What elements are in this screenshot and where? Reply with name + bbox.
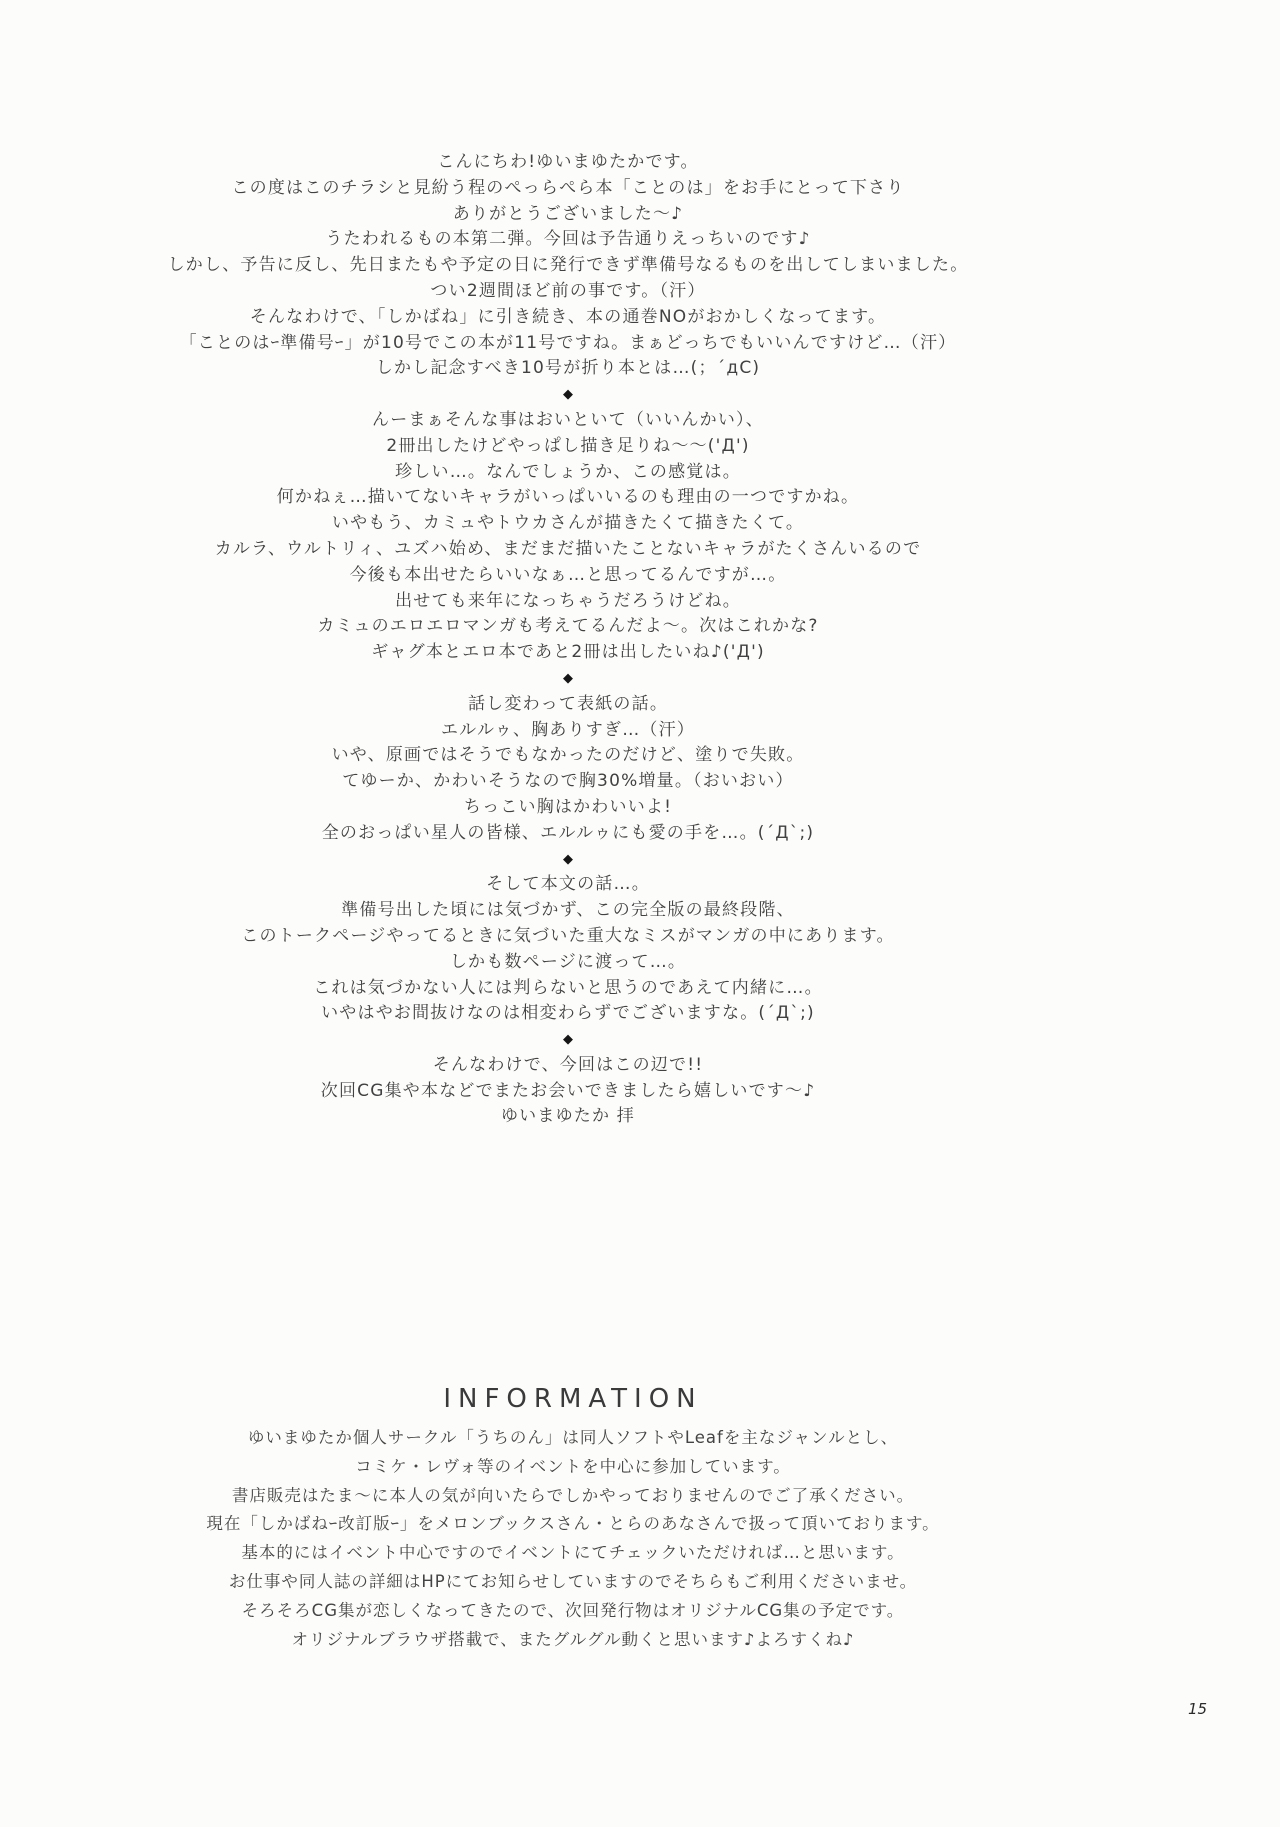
talk-line: ゆいまゆたか 拝	[0, 1104, 1136, 1130]
talk-line: ギャグ本とエロ本であと2冊は出したいね♪('Д')	[0, 640, 1136, 666]
talk-line: しかも数ページに渡って…。	[0, 950, 1136, 976]
information-line: 書店販売はたま〜に本人の気が向いたらでしかやっておりませんのでご了承ください。	[0, 1482, 1146, 1511]
diamond-separator-icon: ◆	[0, 382, 1136, 408]
talk-line: いや、原画ではそうでもなかったのだけど、塗りで失敗。	[0, 743, 1136, 769]
talk-line: こんにちわ!ゆいまゆたかです。	[0, 150, 1136, 176]
information-lines: ゆいまゆたか個人サークル「うちのん」は同人ソフトやLeafを主なジャンルとし、コ…	[0, 1424, 1146, 1654]
talk-line: 全のおっぱい星人の皆様、エルルゥにも愛の手を…。(´Д`;)	[0, 821, 1136, 847]
diamond-separator-icon: ◆	[0, 666, 1136, 692]
talk-line: ありがとうございました〜♪	[0, 202, 1136, 228]
talk-line: 話し変わって表紙の話。	[0, 692, 1136, 718]
information-line: お仕事や同人誌の詳細はHPにてお知らせしていますのでそちらもご利用くださいませ。	[0, 1568, 1146, 1597]
talk-line: うたわれるもの本第二弾。今回は予告通りえっちいのです♪	[0, 227, 1136, 253]
diamond-separator-icon: ◆	[0, 1027, 1136, 1053]
talk-line: つい2週間ほど前の事です。（汗）	[0, 279, 1136, 305]
talk-line: 今後も本出せたらいいなぁ…と思ってるんですが…。	[0, 563, 1136, 589]
diamond-separator-icon: ◆	[0, 847, 1136, 873]
talk-line: 2冊出したけどやっぱし描き足りね〜〜('Д')	[0, 434, 1136, 460]
scanned-afterword-page: こんにちわ!ゆいまゆたかです。この度はこのチラシと見紛う程のぺっらぺら本「ことの…	[0, 0, 1280, 1827]
talk-line: てゆーか、かわいそうなので胸30%増量。（おいおい）	[0, 769, 1136, 795]
talk-line: んーまぁそんな事はおいといて（いいんかい）、	[0, 408, 1136, 434]
talk-line: そして本文の話…。	[0, 872, 1136, 898]
talk-line: しかし、予告に反し、先日またもや予定の日に発行できず準備号なるものを出してしまい…	[0, 253, 1136, 279]
talk-line: 「ことのはｰ準備号ｰ」が10号でこの本が11号ですね。まぁどっちでもいいんですけ…	[0, 331, 1136, 357]
information-line: ゆいまゆたか個人サークル「うちのん」は同人ソフトやLeafを主なジャンルとし、	[0, 1424, 1146, 1453]
talk-line: 何かねぇ…描いてないキャラがいっぱいいるのも理由の一つですかね。	[0, 485, 1136, 511]
afterword-talk-text: こんにちわ!ゆいまゆたかです。この度はこのチラシと見紛う程のぺっらぺら本「ことの…	[0, 150, 1136, 1130]
talk-line: そんなわけで、今回はこの辺で!!	[0, 1053, 1136, 1079]
talk-line: カルラ、ウルトリィ、ユズハ始め、まだまだ描いたことないキャラがたくさんいるので	[0, 537, 1136, 563]
talk-line: 次回CG集や本などでまたお会いできましたら嬉しいです〜♪	[0, 1079, 1136, 1105]
talk-line: いやはやお間抜けなのは相変わらずでございますな。(´Д`;)	[0, 1001, 1136, 1027]
talk-line: 出せても来年になっちゃうだろうけどね。	[0, 589, 1136, 615]
information-line: 現在「しかばねｰ改訂版ｰ」をメロンブックスさん・とらのあなさんで扱って頂いており…	[0, 1510, 1146, 1539]
talk-line: そんなわけで、「しかばね」に引き続き、本の通巻NOがおかしくなってます。	[0, 305, 1136, 331]
talk-line: しかし記念すべき10号が折り本とは…(；´дC)	[0, 356, 1136, 382]
information-line: オリジナルブラウザ搭載で、またグルグル動くと思います♪よろすくね♪	[0, 1626, 1146, 1655]
information-line: 基本的にはイベント中心ですのでイベントにてチェックいただければ…と思います。	[0, 1539, 1146, 1568]
information-section: INFORMATION ゆいまゆたか個人サークル「うちのん」は同人ソフトやLea…	[0, 1384, 1146, 1654]
information-title: INFORMATION	[0, 1384, 1146, 1414]
talk-line: これは気づかない人には判らないと思うのであえて内緒に…。	[0, 976, 1136, 1002]
talk-line: この度はこのチラシと見紛う程のぺっらぺら本「ことのは」をお手にとって下さり	[0, 176, 1136, 202]
information-line: そろそろCG集が恋しくなってきたので、次回発行物はオリジナルCG集の予定です。	[0, 1597, 1146, 1626]
talk-line: いやもう、カミュやトウカさんが描きたくて描きたくて。	[0, 511, 1136, 537]
information-line: コミケ・レヴォ等のイベントを中心に参加しています。	[0, 1453, 1146, 1482]
talk-line: エルルゥ、胸ありすぎ…（汗）	[0, 718, 1136, 744]
talk-line: このトークページやってるときに気づいた重大なミスがマンガの中にあります。	[0, 924, 1136, 950]
talk-line: カミュのエロエロマンガも考えてるんだよ〜。次はこれかな?	[0, 614, 1136, 640]
page-number: 15	[1188, 1700, 1207, 1718]
talk-line: ちっこい胸はかわいいよ!	[0, 795, 1136, 821]
talk-line: 準備号出した頃には気づかず、この完全版の最終段階、	[0, 898, 1136, 924]
talk-line: 珍しい…。なんでしょうか、この感覚は。	[0, 460, 1136, 486]
